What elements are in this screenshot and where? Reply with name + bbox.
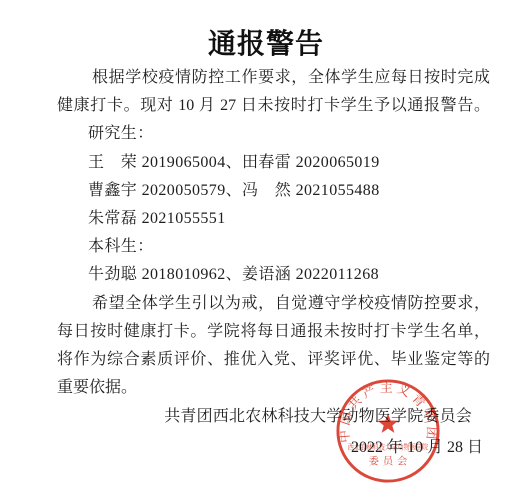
seal-committee-text: 委员会 <box>369 454 412 467</box>
grad-student-line: 王 荣 2019065004、田春雷 2020065019 <box>88 149 490 177</box>
closing-line: 希望全体学生引以为戒，自觉遵守学校疫情防控要求， <box>57 290 490 318</box>
seal-star-icon <box>378 413 399 433</box>
notice-title: 通报警告 <box>0 22 532 62</box>
seal-org-text: 西北农林科技大学动物医学院 <box>348 443 429 452</box>
intro-line: 健康打卡。现对 10 月 27 日未按时打卡学生予以通报警告。 <box>57 92 490 120</box>
grad-label: 研究生： <box>88 120 490 148</box>
notice-document: 通报警告 根据学校疫情防控工作要求，全体学生应每日按时完成 健康打卡。现对 10… <box>0 0 532 498</box>
grad-student-line: 曹鑫宇 2020050579、冯 然 2021055488 <box>88 177 490 205</box>
intro-line: 根据学校疫情防控工作要求，全体学生应每日按时完成 <box>57 64 490 92</box>
seal-arc-text: 中国共产主义青年团 <box>336 381 439 444</box>
grad-student-line: 朱常磊 2021055551 <box>88 205 490 233</box>
undergrad-label: 本科生： <box>88 233 490 261</box>
undergrad-student-line: 牛劲聪 2018010962、姜语涵 2022011268 <box>88 261 490 289</box>
official-seal: 中国共产主义青年团 西北农林科技大学动物医学院 委员会 <box>334 377 442 485</box>
closing-line: 将作为综合素质评价、推优入党、评奖评优、毕业鉴定等的 <box>57 346 490 374</box>
notice-body: 根据学校疫情防控工作要求，全体学生应每日按时完成 健康打卡。现对 10 月 27… <box>57 64 490 402</box>
closing-line: 每日按时健康打卡。学院将每日通报未按时打卡学生名单， <box>57 318 490 346</box>
